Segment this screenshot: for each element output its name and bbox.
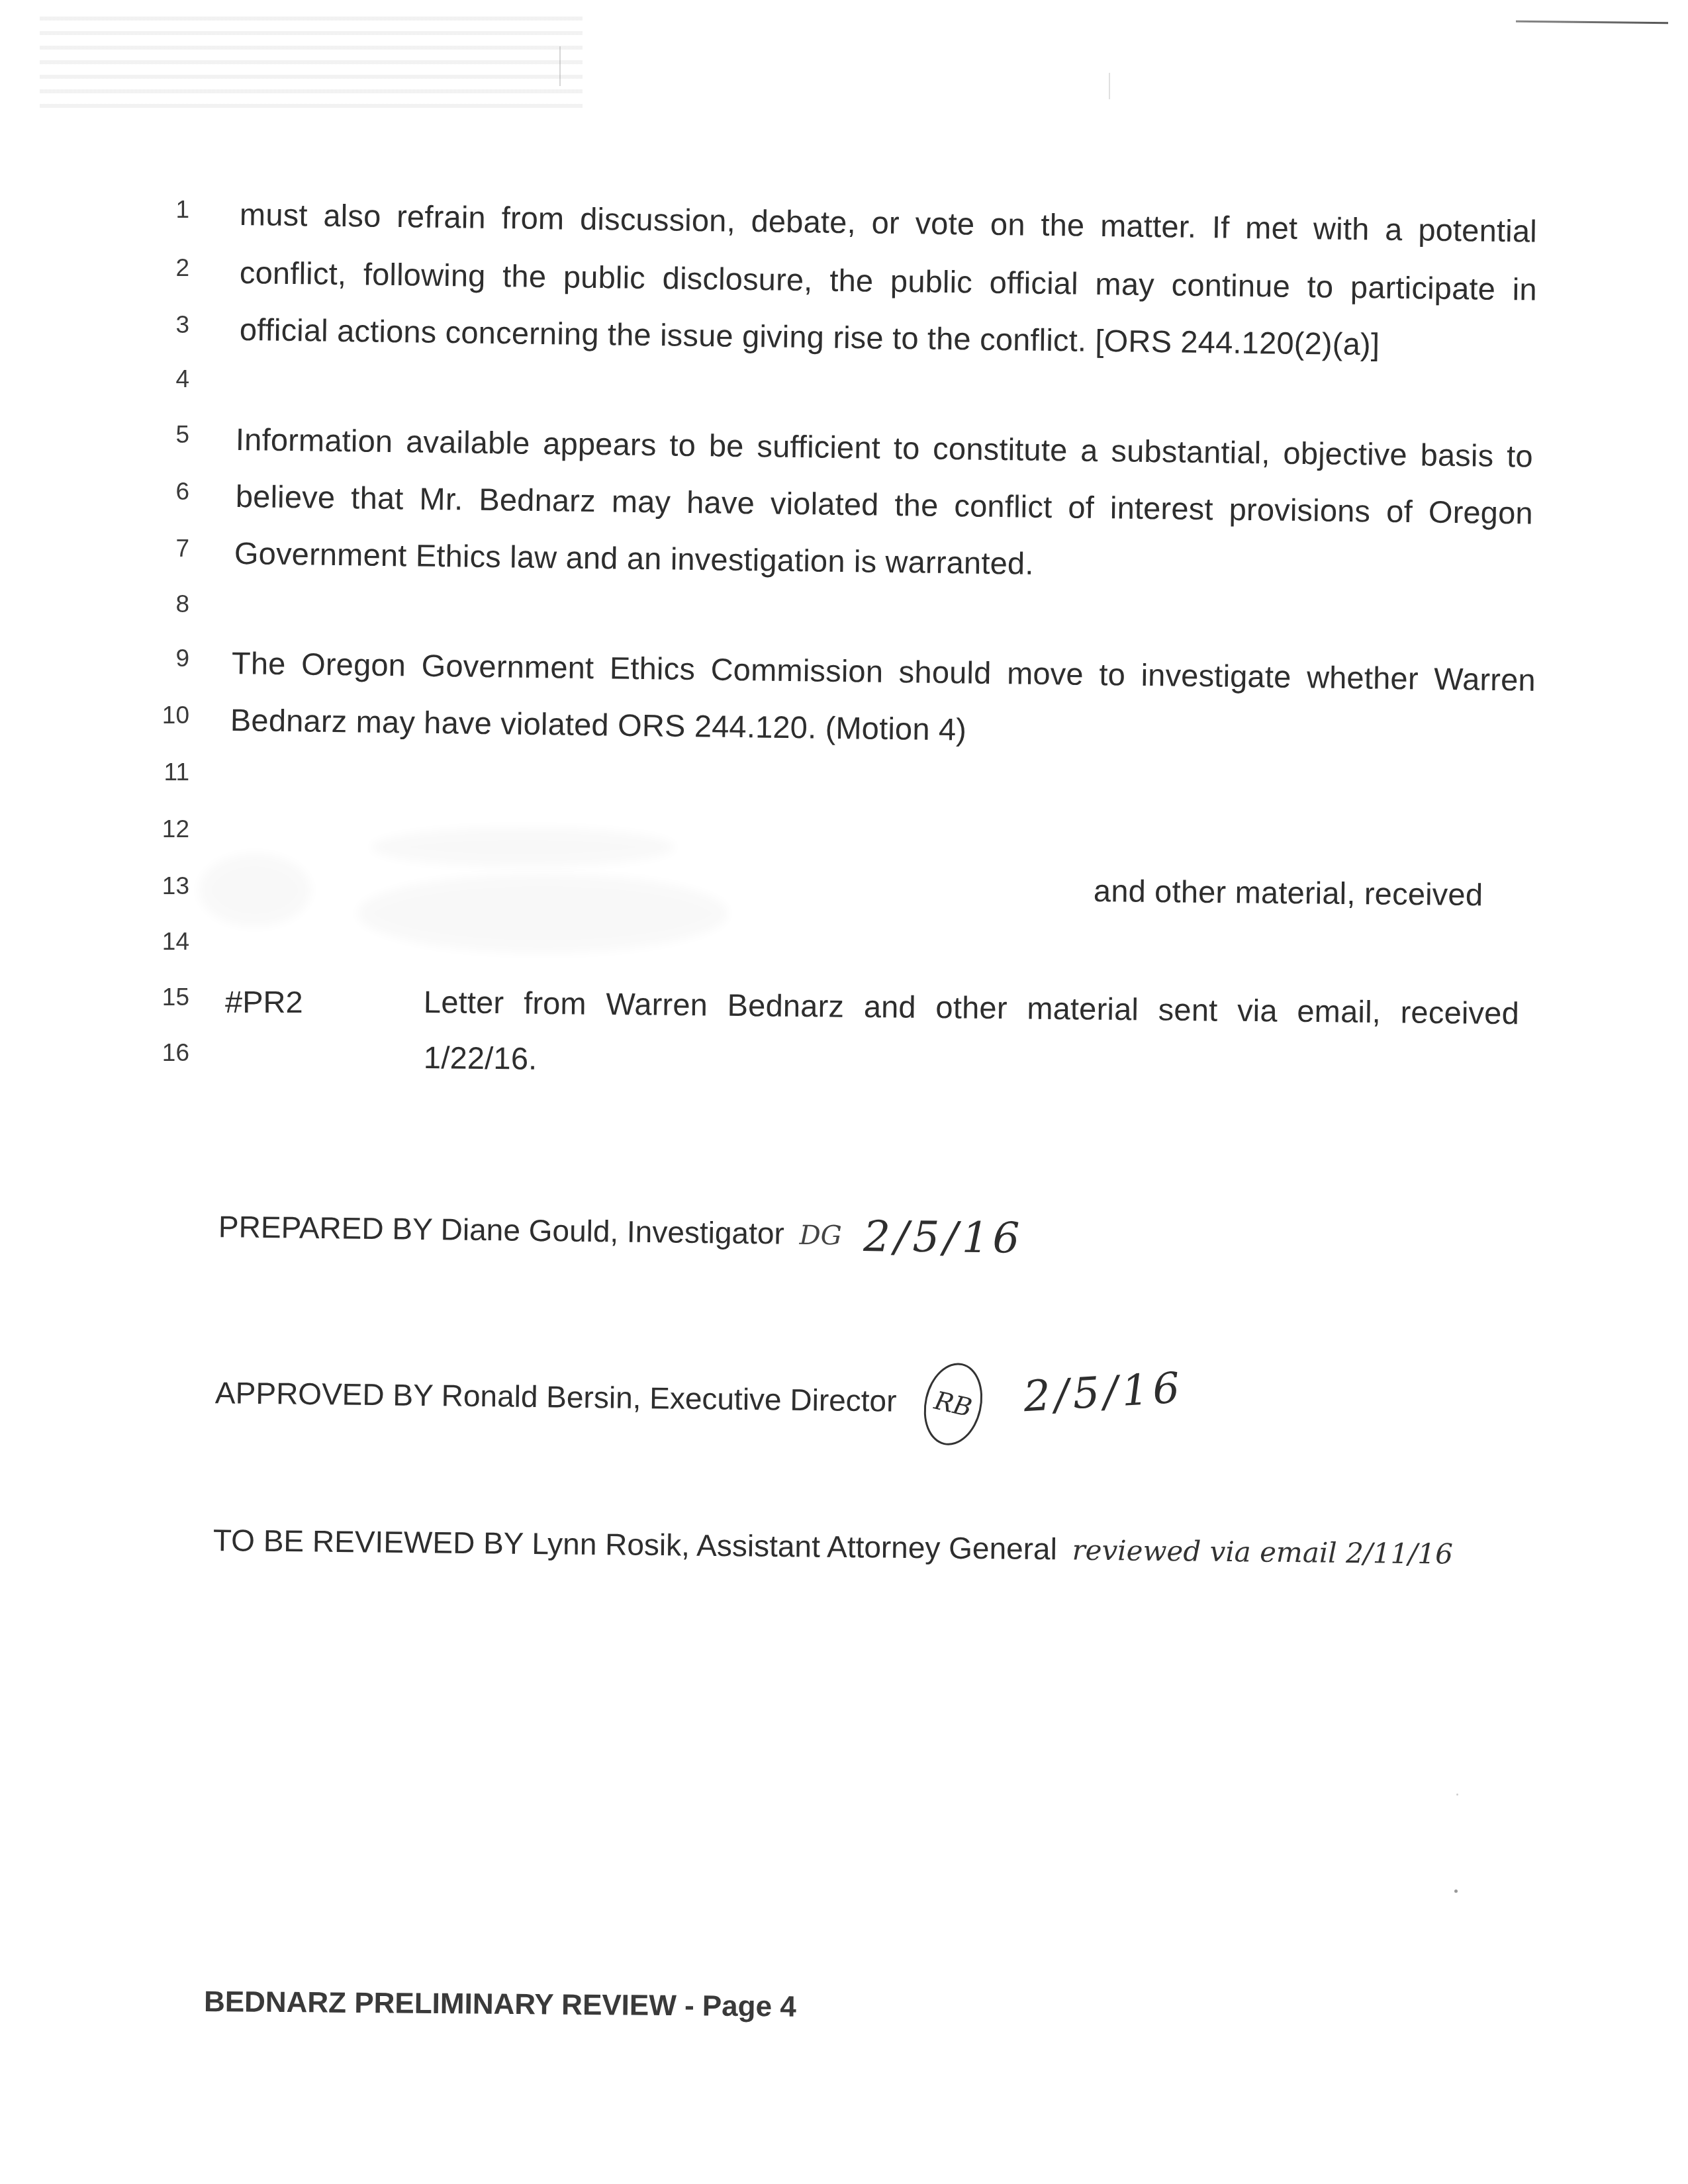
approved-date: 2/5/16 xyxy=(1022,1363,1185,1422)
prepared-by: PREPARED BY Diane Gould, Investigator DG… xyxy=(218,1205,1024,1263)
line-number: 13 xyxy=(132,872,189,900)
line-text: Information available appears to be suff… xyxy=(236,421,1534,475)
reviewed-note: reviewed via email 2/11/16 xyxy=(1072,1534,1453,1570)
exhibit-description: Letter from Warren Bednarz and other mat… xyxy=(424,983,1519,1031)
line-number: 7 xyxy=(132,535,189,563)
line-text: conflict, following the public disclosur… xyxy=(240,254,1538,308)
reviewed-by: TO BE REVIEWED BY Lynn Rosik, Assistant … xyxy=(213,1522,1454,1571)
scan-mark xyxy=(1516,21,1668,24)
numbered-line: 11 xyxy=(0,758,1688,798)
line-number: 8 xyxy=(132,590,189,618)
numbered-line: 9 The Oregon Government Ethics Commissio… xyxy=(0,645,1688,684)
approved-initials: RB xyxy=(916,1357,990,1451)
scan-mark xyxy=(1454,1889,1458,1893)
numbered-line: 12 xyxy=(0,815,1688,855)
line-number: 5 xyxy=(132,421,189,449)
exhibit-id: #PR2 xyxy=(225,983,303,1020)
line-number: 12 xyxy=(132,815,189,843)
page-footer: BEDNARZ PRELIMINARY REVIEW - Page 4 xyxy=(204,1985,796,2024)
line-number: 1 xyxy=(132,196,189,224)
prepared-by-label: PREPARED BY Diane Gould, Investigator xyxy=(218,1209,784,1250)
line-number: 6 xyxy=(132,478,189,506)
numbered-line: 6 believe that Mr. Bednarz may have viol… xyxy=(0,478,1688,518)
numbered-line: 13 and other material, received xyxy=(0,872,1688,912)
line-text: Government Ethics law and an investigati… xyxy=(234,535,1034,582)
line-text: and other material, received xyxy=(1094,872,1483,913)
scan-mark xyxy=(559,46,561,86)
numbered-line: 16 1/22/16. xyxy=(0,1039,1688,1079)
line-text: believe that Mr. Bednarz may have violat… xyxy=(236,478,1534,531)
line-number: 14 xyxy=(132,928,189,956)
reviewed-by-label: TO BE REVIEWED BY Lynn Rosik, Assistant … xyxy=(213,1523,1057,1566)
numbered-line: 7 Government Ethics law and an investiga… xyxy=(0,535,1688,574)
numbered-line: 4 xyxy=(0,365,1688,405)
numbered-line: 8 xyxy=(0,590,1688,630)
prepared-date: 2/5/16 xyxy=(863,1212,1024,1263)
line-number: 15 xyxy=(132,983,189,1011)
numbered-line: 3 official actions concerning the issue … xyxy=(0,311,1688,351)
numbered-line: 14 xyxy=(0,928,1688,968)
numbered-line: 1 must also refrain from discussion, deb… xyxy=(0,196,1688,236)
approved-by: APPROVED BY Ronald Bersin, Executive Dir… xyxy=(214,1353,1184,1449)
line-number: 3 xyxy=(132,311,189,339)
line-text: must also refrain from discussion, debat… xyxy=(240,196,1538,250)
line-number: 2 xyxy=(132,254,189,282)
line-text: The Oregon Government Ethics Commission … xyxy=(232,645,1536,698)
numbered-line: 15 #PR2 Letter from Warren Bednarz and o… xyxy=(0,983,1688,1023)
line-number: 10 xyxy=(132,702,189,729)
redaction-smudge xyxy=(371,827,675,867)
scan-mark xyxy=(1109,73,1110,99)
numbered-line: 5 Information available appears to be su… xyxy=(0,421,1688,461)
approved-by-label: APPROVED BY Ronald Bersin, Executive Dir… xyxy=(215,1375,897,1418)
prepared-initials: DG xyxy=(799,1220,842,1251)
line-number: 4 xyxy=(132,365,189,393)
line-text: official actions concerning the issue gi… xyxy=(240,311,1380,363)
numbered-line: 10 Bednarz may have violated ORS 244.120… xyxy=(0,702,1688,741)
scan-ghost-text xyxy=(40,17,583,116)
exhibit-date: 1/22/16. xyxy=(424,1039,538,1077)
line-number: 11 xyxy=(132,758,189,786)
scan-mark xyxy=(1456,1794,1458,1796)
numbered-line: 2 conflict, following the public disclos… xyxy=(0,254,1688,294)
line-number: 9 xyxy=(132,645,189,672)
line-number: 16 xyxy=(132,1039,189,1067)
line-text: Bednarz may have violated ORS 244.120. (… xyxy=(230,702,967,748)
